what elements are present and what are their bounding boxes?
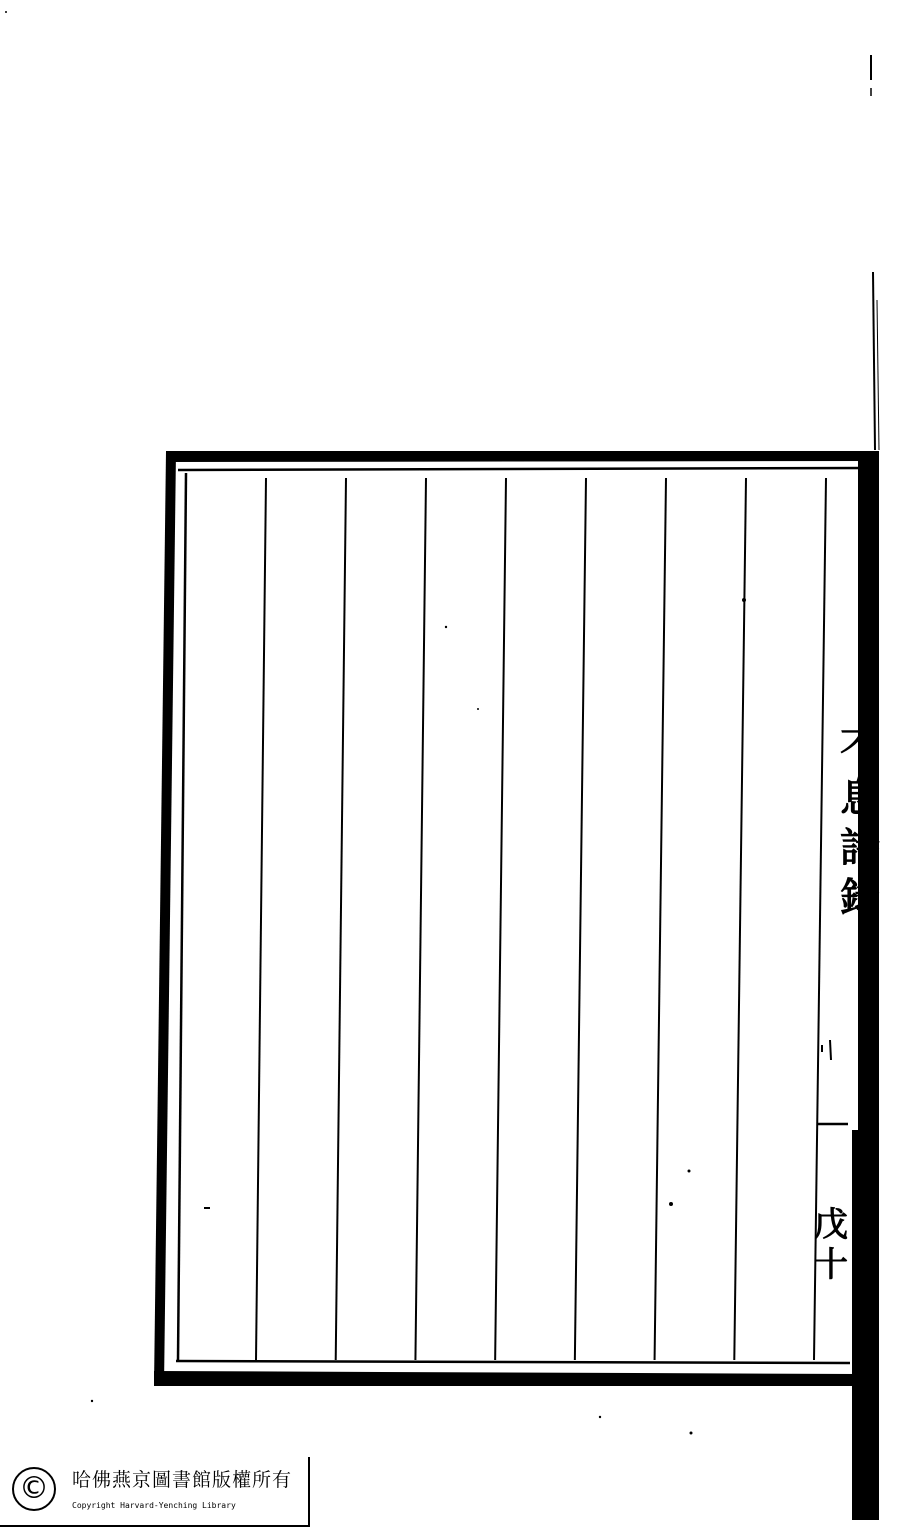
column-ruling [415, 478, 426, 1360]
copyright-english-text: Copyright Harvard-Yenching Library [72, 1501, 236, 1510]
column-ruling [256, 478, 266, 1360]
column-ruling [336, 478, 346, 1360]
copyright-icon: © [12, 1467, 56, 1511]
copyright-stamp: © 哈佛燕京圖書館版權所有 Copyright Harvard-Yenching… [0, 1457, 310, 1527]
scan-specks [5, 11, 746, 1435]
column-ruling [495, 478, 506, 1360]
fish-tail-title-char: 息 [840, 778, 880, 818]
fish-tail-divider [818, 1040, 848, 1124]
column-ruling [734, 478, 746, 1360]
leaf-label-char: 十 [814, 1248, 848, 1282]
outer-frame [154, 451, 879, 1520]
column-rulings [256, 478, 826, 1360]
column-ruling [655, 478, 666, 1360]
inner-frame [176, 468, 868, 1363]
fish-tail-title-char: 詩 [840, 828, 880, 868]
fish-tail-title-char: 錄 [840, 878, 880, 918]
edge-marks [871, 55, 879, 450]
leaf-label-char: 戊 [814, 1208, 848, 1242]
column-ruling [575, 478, 586, 1360]
copyright-chinese-text: 哈佛燕京圖書館版權所有 [72, 1465, 292, 1492]
fish-tail-title-char: 不 [840, 728, 880, 768]
scanned-page [0, 0, 900, 1530]
